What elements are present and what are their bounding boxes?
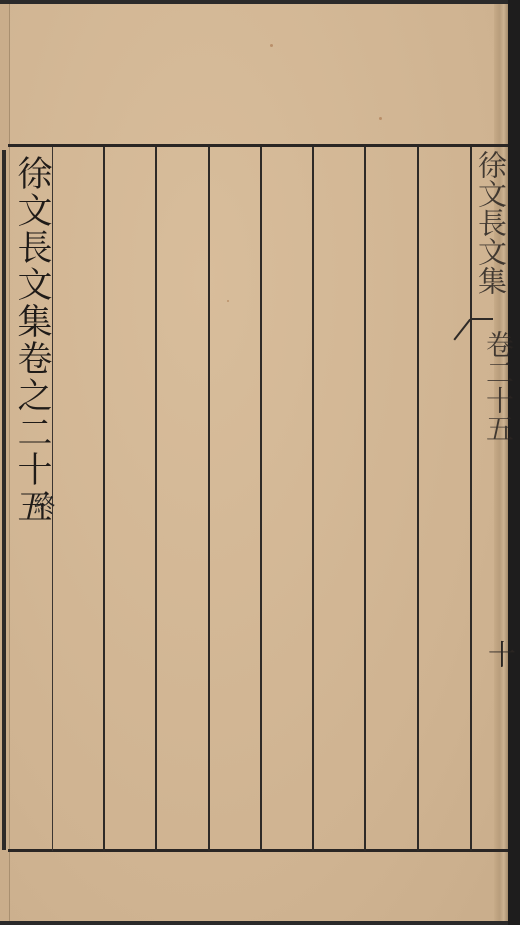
paper-speck	[227, 300, 229, 302]
column-rule	[208, 147, 210, 851]
right-page-edge	[494, 4, 508, 921]
paper-speck	[270, 44, 273, 47]
left-border-rule	[2, 150, 6, 850]
closing-mark: 終	[27, 493, 58, 515]
banxin-volume: 卷二十五	[478, 330, 518, 442]
page-number: 十	[480, 640, 520, 668]
column-rule	[417, 147, 419, 851]
column-rule	[260, 147, 262, 851]
bottom-border-rule	[8, 849, 508, 852]
column-rule	[155, 147, 157, 851]
column-rule	[312, 147, 314, 851]
banxin-title: 徐文長文集	[476, 150, 505, 295]
column-rule	[103, 147, 105, 851]
scan-background	[508, 0, 520, 925]
banxin-border-rule	[470, 147, 472, 851]
column-rule	[364, 147, 366, 851]
closing-title-line: 徐文長文集卷之二十五	[14, 155, 49, 525]
book-page	[0, 4, 508, 921]
top-border-rule	[8, 144, 508, 147]
paper-speck	[379, 117, 382, 120]
